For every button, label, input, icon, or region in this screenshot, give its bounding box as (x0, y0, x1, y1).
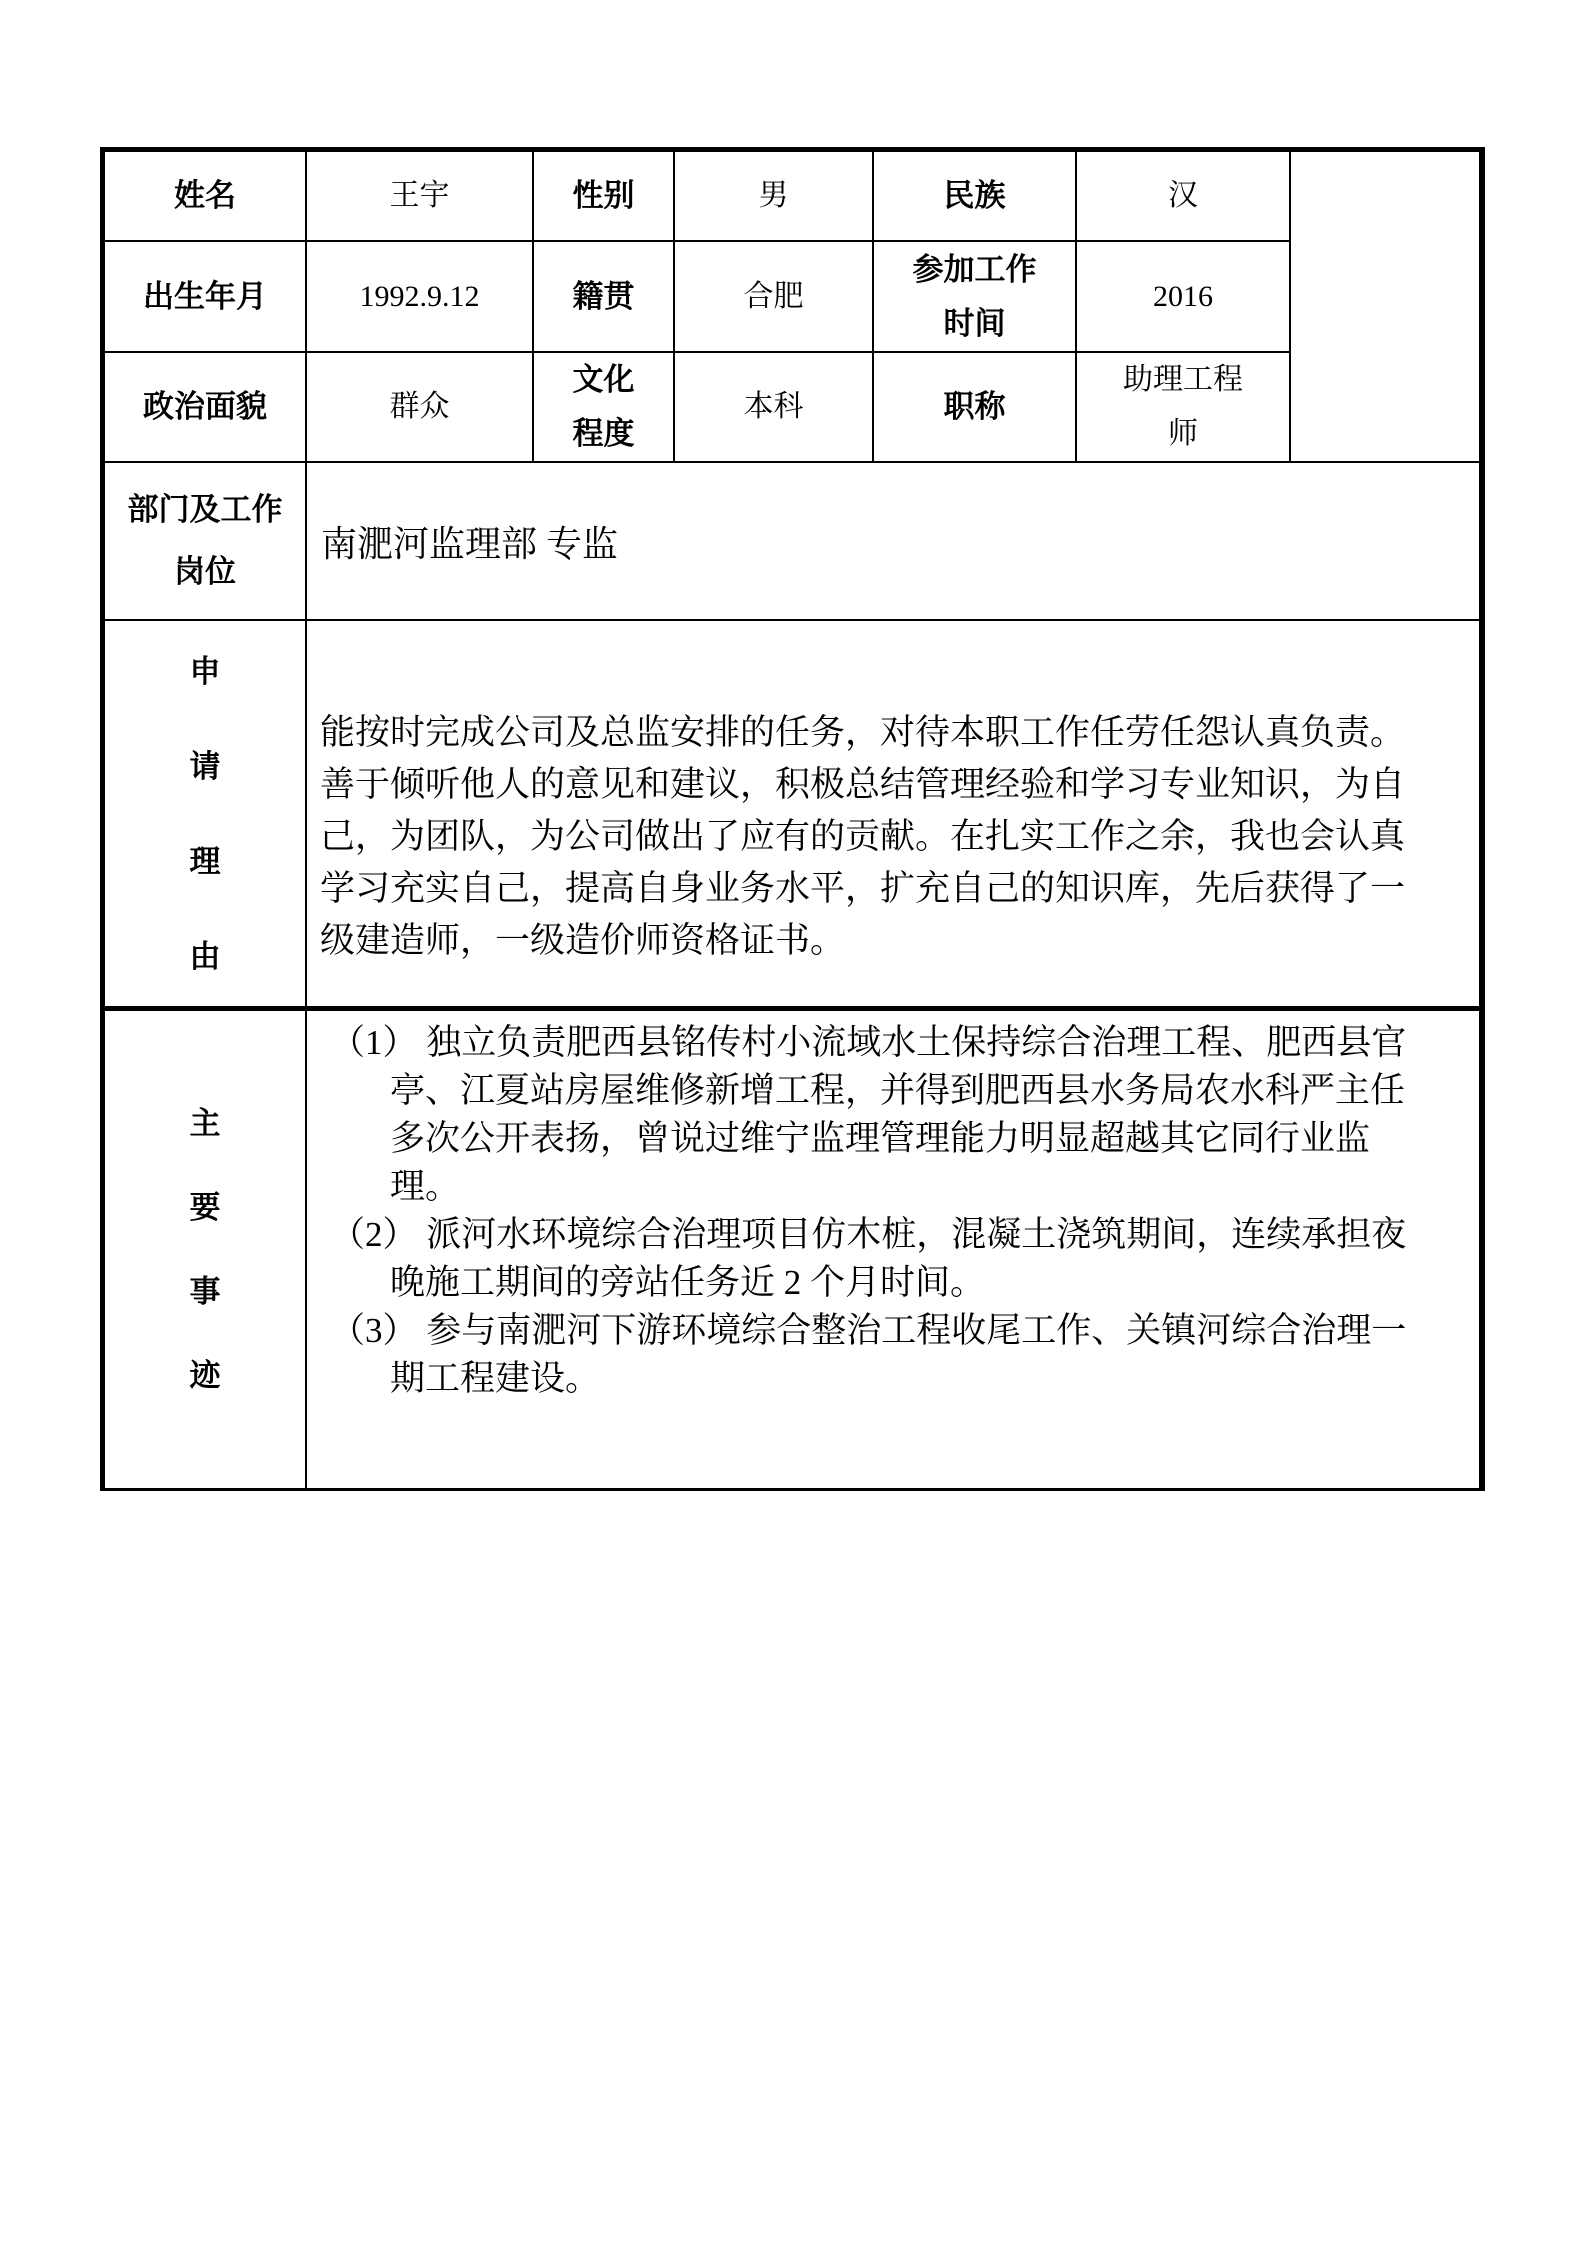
main-deeds-label: 主 要 事 迹 (190, 1082, 221, 1418)
political-status-value: 群众 (390, 380, 450, 434)
department-label-cell: 部门及工作 岗位 (105, 461, 305, 619)
application-reason-value-cell: 能按时完成公司及总监安排的任务，对待本职工作任劳任怨认真负责。 善于倾听他人的意… (305, 619, 1479, 1006)
native-place-label-cell: 籍贯 (532, 240, 673, 351)
personnel-form-table: 姓名 王宇 性别 男 民族 汉 出生年月 1992.9.12 籍贯 合肥 参加工… (100, 147, 1485, 1491)
political-status-label: 政治面貌 (143, 380, 267, 434)
department-value-cell: 南淝河监理部 专监 (305, 461, 1479, 619)
native-place-value: 合肥 (744, 270, 804, 324)
work-start-label-cell: 参加工作 时间 (872, 240, 1075, 351)
work-start-value: 2016 (1153, 270, 1213, 324)
name-label-cell: 姓名 (105, 152, 305, 240)
department-label: 部门及工作 岗位 (128, 479, 283, 603)
name-value: 王宇 (390, 169, 450, 223)
job-title-label: 职称 (944, 380, 1006, 434)
ethnicity-value: 汉 (1168, 169, 1198, 223)
birth-date-value: 1992.9.12 (360, 270, 480, 324)
ethnicity-label-cell: 民族 (872, 152, 1075, 240)
job-title-value: 助理工程 师 (1123, 353, 1243, 461)
deed-item: （1） 独立负责肥西县铭传村小流域水土保持综合治理工程、肥西县官 亭、江夏站房屋… (330, 1019, 1467, 1211)
page: { "table": { "row1": { "name_label": "姓名… (0, 0, 1587, 2245)
main-deeds-value-cell: （1） 独立负责肥西县铭传村小流域水土保持综合治理工程、肥西县官 亭、江夏站房屋… (305, 1006, 1479, 1488)
ethnicity-label: 民族 (944, 169, 1006, 223)
job-title-label-cell: 职称 (872, 351, 1075, 461)
birth-date-label-cell: 出生年月 (105, 240, 305, 351)
deed-item: （2） 派河水环境综合治理项目仿木桩，混凝土浇筑期间，连续承担夜 晚施工期间的旁… (330, 1211, 1467, 1307)
gender-value: 男 (759, 169, 789, 223)
name-value-cell: 王宇 (305, 152, 532, 240)
name-label: 姓名 (174, 169, 236, 223)
birth-date-label: 出生年月 (143, 270, 267, 324)
photo-cell (1289, 152, 1479, 461)
education-value-cell: 本科 (673, 351, 872, 461)
native-place-value-cell: 合肥 (673, 240, 872, 351)
ethnicity-value-cell: 汉 (1075, 152, 1289, 240)
birth-date-value-cell: 1992.9.12 (305, 240, 532, 351)
main-deeds-label-cell: 主 要 事 迹 (105, 1006, 305, 1488)
job-title-value-cell: 助理工程 师 (1075, 351, 1289, 461)
education-label-cell: 文化 程度 (532, 351, 673, 461)
native-place-label: 籍贯 (573, 270, 635, 324)
deed-item: （3） 参与南淝河下游环境综合整治工程收尾工作、关镇河综合治理一 期工程建设。 (330, 1307, 1467, 1403)
department-value: 南淝河监理部 专监 (321, 516, 618, 567)
application-reason-label: 申 请 理 由 (190, 624, 221, 1004)
gender-label-cell: 性别 (532, 152, 673, 240)
gender-label: 性别 (573, 169, 635, 223)
education-label: 文化 程度 (573, 353, 635, 461)
work-start-label: 参加工作 时间 (913, 243, 1037, 351)
application-reason-label-cell: 申 请 理 由 (105, 619, 305, 1006)
work-start-value-cell: 2016 (1075, 240, 1289, 351)
political-status-label-cell: 政治面貌 (105, 351, 305, 461)
gender-value-cell: 男 (673, 152, 872, 240)
education-value: 本科 (744, 380, 804, 434)
application-reason-text: 能按时完成公司及总监安排的任务，对待本职工作任劳任怨认真负责。 善于倾听他人的意… (320, 707, 1467, 967)
political-status-value-cell: 群众 (305, 351, 532, 461)
